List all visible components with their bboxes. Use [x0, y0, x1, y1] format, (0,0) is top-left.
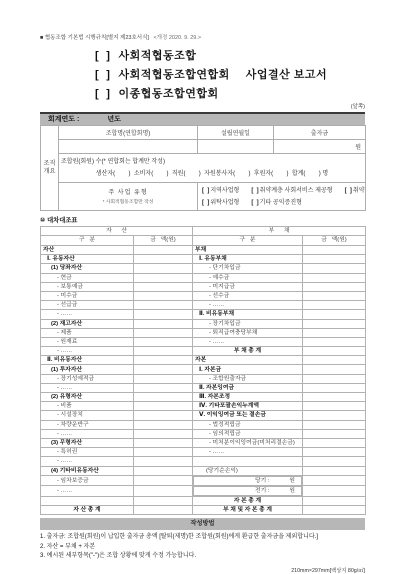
asset-category-cell: - 제품: [41, 328, 134, 337]
liability-category-cell: Ⅰ. 유동부채: [193, 255, 303, 264]
liability-category-cell: 자본: [193, 356, 303, 365]
balance-row: - 차량운반구- 법정적립금: [41, 420, 366, 429]
liability-category-cell: 부채: [193, 246, 303, 255]
liability-amount-field[interactable]: [303, 291, 366, 300]
title-entity-label: 이종협동조합연합회: [118, 85, 218, 104]
asset-category-cell: (1) 투자자산: [41, 365, 134, 374]
revision-date: <개정 2020. 9. 29.>: [153, 35, 201, 41]
asset-category-cell: - 원재료: [41, 337, 134, 346]
instruction-item: 2. 자산 = 부채 + 자본: [40, 543, 365, 552]
asset-category-cell: - 비품: [41, 402, 134, 411]
balance-row: - ……- 임의적립금: [41, 429, 366, 438]
liability-category-cell: Ⅲ. 자본조정: [193, 393, 303, 402]
balance-row: 자 본 총 계: [41, 497, 366, 506]
asset-amount-field[interactable]: [134, 457, 193, 466]
fiscal-year-input[interactable]: [79, 115, 107, 125]
asset-amount-field[interactable]: [134, 420, 193, 429]
liability-amount-field[interactable]: [303, 319, 366, 328]
option-label: 기타 공익증진형: [260, 197, 302, 209]
liability-amount-field[interactable]: [303, 246, 366, 255]
fiscal-year-bar: 회계연도 : 년도: [40, 112, 365, 125]
overview-side-label: 조직 개요: [41, 126, 59, 211]
balance-row: - ……부 채 총 계: [41, 347, 366, 356]
balance-row: (2) 재고자산- 장기차입금: [41, 319, 366, 328]
balance-row: - ……Ⅱ. 비유동부채: [41, 310, 366, 319]
liability-amount-field[interactable]: [303, 466, 366, 475]
asset-category-cell: - 장기성예적금: [41, 374, 134, 383]
balance-row: (1) 투자자산Ⅰ. 자본금: [41, 365, 366, 374]
regulation-line: ■ 협동조합 기본법 시행규칙[별지 제23호서식] <개정 2020. 9. …: [40, 33, 365, 41]
liability-amount-field[interactable]: [303, 411, 366, 420]
asset-amount-field[interactable]: [134, 374, 193, 383]
liability-amount-field[interactable]: [303, 328, 366, 337]
assets-header: 자 산: [41, 227, 193, 236]
members-count-fields[interactable]: 생산자( ) 소비자( ) 직원( ) 자원봉사자( ) 후원자( ) 합계( …: [61, 168, 363, 180]
liability-amount-header: 금 액(원): [303, 236, 366, 246]
col-header-coop-name: 조합명(연합회명): [59, 126, 198, 140]
liability-amount-field[interactable]: [303, 301, 366, 310]
liability-amount-field[interactable]: [303, 310, 366, 319]
report-name: 사업결산 보고서: [246, 66, 327, 85]
balance-sheet-column-header: 구 분 금 액(원) 구 분 금 액(원): [41, 236, 366, 246]
option-label: 지역사업형: [210, 185, 239, 197]
checkbox-option-vulnerable-social-service[interactable]: [ ]취약계층 사회서비스 제공형: [251, 185, 332, 197]
liabilities-header: 부 채: [193, 227, 366, 236]
liability-category-cell: - 조합원출자금: [193, 374, 303, 383]
liability-category-cell: Ⅱ. 비유동부채: [193, 310, 303, 319]
liability-amount-field[interactable]: [303, 347, 366, 356]
liability-category-cell: - 퇴직급여충당부채: [193, 328, 303, 337]
checkbox-icon: [ ]: [345, 185, 352, 197]
balance-row: 자산부채: [41, 246, 366, 255]
title-entity-label: 사회적협동조합연합회: [118, 66, 229, 85]
checkbox-option-other-public-interest[interactable]: [ ]기타 공익증진형: [251, 197, 302, 209]
liability-amount-field[interactable]: [303, 365, 366, 374]
members-row: 조합원(회원) 수(* 연합회는 합계만 작성) 생산자( ) 소비자( ) 직…: [41, 154, 366, 183]
liability-category-cell: 당기 :원: [193, 476, 302, 486]
asset-category-cell: 자산: [41, 246, 134, 255]
checkbox-icon: [ ]: [251, 197, 258, 209]
balance-sheet-group-header: 자 산 부 채: [41, 227, 366, 236]
period-label: 당기 :: [255, 477, 269, 485]
business-type-row: 주 사업 유형 * 사회적협동조합만 작성 [ ]지역사업형 [ ]취약계층 사…: [41, 183, 366, 211]
asset-amount-field[interactable]: [134, 438, 193, 447]
liability-category-cell: [193, 457, 303, 466]
title-entity-label: 사회적협동조합: [118, 47, 196, 66]
balance-row: - 장기성예적금- 조합원출자금: [41, 374, 366, 383]
members-title: 조합원(회원) 수(* 연합회는 합계만 작성): [61, 156, 363, 168]
business-type-options-cell: [ ]지역사업형 [ ]취약계층 사회서비스 제공형 [ ]취약계층 고용형 […: [198, 183, 366, 211]
liability-category-cell: Ⅱ. 자본잉여금: [193, 383, 303, 392]
asset-category-cell: 자 산 총 계: [41, 506, 134, 515]
asset-category-cell: - 보통예금: [41, 282, 134, 291]
business-type-label-cell: 주 사업 유형 * 사회적협동조합만 작성: [59, 183, 198, 211]
asset-amount-field[interactable]: [134, 291, 193, 300]
balance-sheet-section-title: ⑩ 대차대조표: [40, 215, 365, 224]
asset-category-cell: - 특허권: [41, 448, 134, 457]
regulation-text: ■ 협동조합 기본법 시행규칙[별지 제23호서식]: [40, 35, 149, 41]
balance-row: 자 산 총 계부 채 및 자 본 총 계: [41, 506, 366, 515]
fiscal-year-label: 회계연도 :: [48, 113, 79, 126]
liability-category-cell: - 예수금: [193, 273, 303, 282]
fiscal-year-unit: 년도: [107, 113, 121, 126]
asset-amount-field[interactable]: [134, 282, 193, 291]
asset-category-cell: - ……: [41, 347, 134, 356]
asset-category-cell: (4) 기타비유동자산: [41, 466, 134, 475]
asset-amount-field[interactable]: [134, 497, 193, 506]
asset-amount-field[interactable]: [134, 310, 193, 319]
balance-row: - ……: [41, 457, 366, 466]
instructions-list: 1. 출자금: 조합원(회원)이 납입한 출자금 총액 [탈퇴(제명)한 조합원…: [40, 533, 365, 561]
overview-header-row: 조직 개요 조합명(연합회명) 설립연월일 출자금: [41, 126, 366, 140]
asset-amount-field[interactable]: [134, 393, 193, 402]
asset-amount-field[interactable]: [134, 337, 193, 346]
asset-category-cell: - ……: [41, 457, 134, 466]
members-cell: 조합원(회원) 수(* 연합회는 합계만 작성) 생산자( ) 소비자( ) 직…: [59, 154, 366, 183]
coop-name-field[interactable]: [59, 140, 198, 154]
asset-amount-header: 금 액(원): [134, 236, 193, 246]
liability-amount-field[interactable]: [303, 420, 366, 429]
founded-date-field[interactable]: [198, 140, 274, 154]
checkbox-icon: [ ]: [251, 185, 258, 197]
liability-amount-field[interactable]: [303, 497, 366, 506]
liability-amount-field[interactable]: [303, 255, 366, 264]
liability-amount-field[interactable]: [303, 457, 366, 466]
liability-amount-field[interactable]: [303, 486, 366, 497]
checkbox-icon: [ ]: [202, 185, 209, 197]
asset-amount-field[interactable]: [134, 319, 193, 328]
liability-amount-field[interactable]: [303, 402, 366, 411]
asset-category-header: 구 분: [41, 236, 134, 246]
asset-amount-field[interactable]: [134, 475, 193, 486]
asset-category-cell: - ……: [41, 310, 134, 319]
liability-category-cell: Ⅴ. 이익잉여금 또는 결손금: [193, 411, 303, 420]
liability-category-cell: - ……: [193, 337, 303, 346]
checkbox-option-vulnerable-employment[interactable]: [ ]취약계층 고용형: [345, 185, 366, 197]
liability-category-cell: Ⅰ. 자본금: [193, 365, 303, 374]
liability-amount-field[interactable]: [303, 393, 366, 402]
option-label: 위탁사업형: [210, 197, 239, 209]
asset-amount-field[interactable]: [134, 255, 193, 264]
liability-category-cell: 부 채 총 계: [193, 347, 303, 356]
liability-amount-field[interactable]: [303, 282, 366, 291]
asset-category-cell: (2) 재고자산: [41, 319, 134, 328]
asset-amount-field[interactable]: [134, 365, 193, 374]
liability-category-cell: - 미처분이익잉여금(미처리결손금): [193, 438, 303, 447]
asset-amount-field[interactable]: [134, 356, 193, 365]
asset-amount-field[interactable]: [134, 486, 193, 497]
liability-category-header: 구 분: [193, 236, 303, 246]
checkbox-icon: [ ]: [202, 197, 209, 209]
asset-category-cell: - 임차보증금: [41, 475, 134, 486]
paper-spec: 210mm×297mm[백상지 80g/㎡]: [40, 566, 365, 574]
balance-row: - 현금- 예수금: [41, 273, 366, 282]
capital-unit: 원: [355, 145, 361, 151]
balance-row: - ……전기 :원: [41, 486, 366, 497]
balance-row: (1) 당좌자산- 단기차입금: [41, 264, 366, 273]
liability-category-cell: - 법정적립금: [193, 420, 303, 429]
liability-amount-field[interactable]: [303, 448, 366, 457]
biz-options-row1: [ ]지역사업형 [ ]취약계층 사회서비스 제공형 [ ]취약계층 고용형: [202, 185, 363, 197]
liability-category-cell: - ……: [193, 448, 303, 457]
asset-category-cell: - ……: [41, 383, 134, 392]
asset-category-cell: - 차량운반구: [41, 420, 134, 429]
asset-amount-field[interactable]: [134, 506, 193, 515]
liability-amount-field[interactable]: [303, 383, 366, 392]
overview-value-row: 원: [41, 140, 366, 154]
liability-amount-field[interactable]: [303, 356, 366, 365]
liability-category-cell: - 장기차입금: [193, 319, 303, 328]
col-header-capital: 출자금: [274, 126, 366, 140]
balance-row: - 임차보증금당기 :원: [41, 475, 366, 486]
liability-amount-field[interactable]: [303, 264, 366, 273]
balance-row: (2) 유형자산Ⅲ. 자본조정: [41, 393, 366, 402]
asset-category-cell: [41, 497, 134, 506]
instruction-item: 3. 예시된 세부항목("-")은 조합 상황에 맞게 수정 가능합니다.: [40, 552, 365, 561]
amount-unit: 원: [289, 477, 301, 485]
balance-row: - 보통예금- 미지급금: [41, 282, 366, 291]
liability-amount-field[interactable]: [303, 506, 366, 515]
balance-row: Ⅰ. 유동자산Ⅰ. 유동부채: [41, 255, 366, 264]
asset-amount-field[interactable]: [134, 466, 193, 475]
balance-row: - 원재료- ……: [41, 337, 366, 346]
balance-row: - 시설장치Ⅴ. 이익잉여금 또는 결손금: [41, 411, 366, 420]
asset-category-cell: - 미수금: [41, 291, 134, 300]
asset-category-cell: - 현금: [41, 273, 134, 282]
liability-amount-field[interactable]: [303, 438, 366, 447]
balance-row: - 제품- 퇴직급여충당부채: [41, 328, 366, 337]
asset-category-cell: - 시설장치: [41, 411, 134, 420]
asset-category-cell: - 선급금: [41, 301, 134, 310]
asset-amount-field[interactable]: [134, 448, 193, 457]
liability-category-cell: - ……: [193, 301, 303, 310]
liability-amount-field[interactable]: [303, 273, 366, 282]
liability-category-cell: Ⅳ. 기타포괄손익누계액: [193, 402, 303, 411]
asset-amount-field[interactable]: [134, 383, 193, 392]
asset-category-cell: (1) 당좌자산: [41, 264, 134, 273]
liability-amount-field[interactable]: [303, 429, 366, 438]
organization-overview-table: 조직 개요 조합명(연합회명) 설립연월일 출자금 원 조합원(회원) 수(* …: [40, 125, 366, 211]
asset-category-cell: (3) 무형자산: [41, 438, 134, 447]
balance-row: (3) 무형자산- 미처분이익잉여금(미처리결손금): [41, 438, 366, 447]
checkbox-social-coop[interactable]: [ ]: [95, 47, 110, 66]
balance-row: - 특허권- ……: [41, 448, 366, 457]
liability-category-cell: - 임의적립금: [193, 429, 303, 438]
option-label: 취약계층 고용형: [353, 185, 366, 197]
balance-row: (4) 기타비유동자산(당기순손익): [41, 466, 366, 475]
liability-amount-field[interactable]: [303, 337, 366, 346]
amount-unit: 원: [289, 487, 301, 495]
asset-category-cell: Ⅱ. 비유동자산: [41, 356, 134, 365]
asset-amount-field[interactable]: [134, 347, 193, 356]
capital-field[interactable]: 원: [274, 140, 366, 154]
liability-category-cell: - 단기차입금: [193, 264, 303, 273]
asset-amount-field[interactable]: [134, 264, 193, 273]
instructions-bar: 작성방법: [40, 518, 365, 530]
checkbox-option-regional-business[interactable]: [ ]지역사업형: [202, 185, 239, 197]
balance-row: - ……Ⅱ. 자본잉여금: [41, 383, 366, 392]
business-type-note: * 사회적협동조합만 작성: [61, 199, 195, 207]
liability-category-cell: (당기순손익): [193, 466, 303, 475]
period-label: 전기 :: [255, 487, 269, 495]
liability-category-cell: - 선수금: [193, 291, 303, 300]
asset-amount-field[interactable]: [134, 301, 193, 310]
form-title: [ ] 사회적협동조합 [ ] 사회적협동조합연합회 사업결산 보고서 [ ] …: [95, 47, 365, 104]
asset-category-cell: - ……: [41, 429, 134, 438]
biz-options-row2: [ ]위탁사업형 [ ]기타 공익증진형: [202, 197, 363, 209]
business-type-label: 주 사업 유형: [61, 187, 195, 199]
checkbox-mixed-coop-federation[interactable]: [ ]: [95, 85, 110, 104]
form-page: ■ 협동조합 기본법 시행규칙[별지 제23호서식] <개정 2020. 9. …: [0, 0, 400, 574]
liability-category-cell: - 미지급금: [193, 282, 303, 291]
balance-sheet-table: 자 산 부 채 구 분 금 액(원) 구 분 금 액(원) 자산부채Ⅰ. 유동자…: [40, 226, 366, 515]
asset-amount-field[interactable]: [134, 328, 193, 337]
asset-category-cell: - ……: [41, 486, 134, 497]
asset-amount-field[interactable]: [134, 402, 193, 411]
liability-amount-field[interactable]: [303, 374, 366, 383]
col-header-founded-date: 설립연월일: [198, 126, 274, 140]
balance-row: - 선급금- ……: [41, 301, 366, 310]
title-line-social-coop-federation: [ ] 사회적협동조합연합회 사업결산 보고서: [95, 66, 365, 85]
asset-amount-field[interactable]: [134, 411, 193, 420]
liability-category-cell: 전기 :원: [193, 486, 302, 496]
liability-category-cell: 부 채 및 자 본 총 계: [193, 506, 303, 515]
balance-row: - 미수금- 선수금: [41, 291, 366, 300]
asset-amount-field[interactable]: [134, 429, 193, 438]
liability-category-cell: 자 본 총 계: [193, 497, 303, 506]
title-line-social-coop: [ ] 사회적협동조합: [95, 47, 365, 66]
option-label: 취약계층 사회서비스 제공형: [260, 185, 333, 197]
asset-amount-field[interactable]: [134, 246, 193, 255]
asset-category-cell: (2) 유형자산: [41, 393, 134, 402]
asset-category-cell: Ⅰ. 유동자산: [41, 255, 134, 264]
checkbox-social-coop-federation[interactable]: [ ]: [95, 66, 110, 85]
balance-row: Ⅱ. 비유동자산자본: [41, 356, 366, 365]
checkbox-option-consignment-business[interactable]: [ ]위탁사업형: [202, 197, 239, 209]
instruction-item: 1. 출자금: 조합원(회원)이 납입한 출자금 총액 [탈퇴(제명)한 조합원…: [40, 533, 365, 542]
asset-amount-field[interactable]: [134, 273, 193, 282]
balance-row: - 비품Ⅳ. 기타포괄손익누계액: [41, 402, 366, 411]
liability-amount-field[interactable]: [303, 475, 366, 486]
